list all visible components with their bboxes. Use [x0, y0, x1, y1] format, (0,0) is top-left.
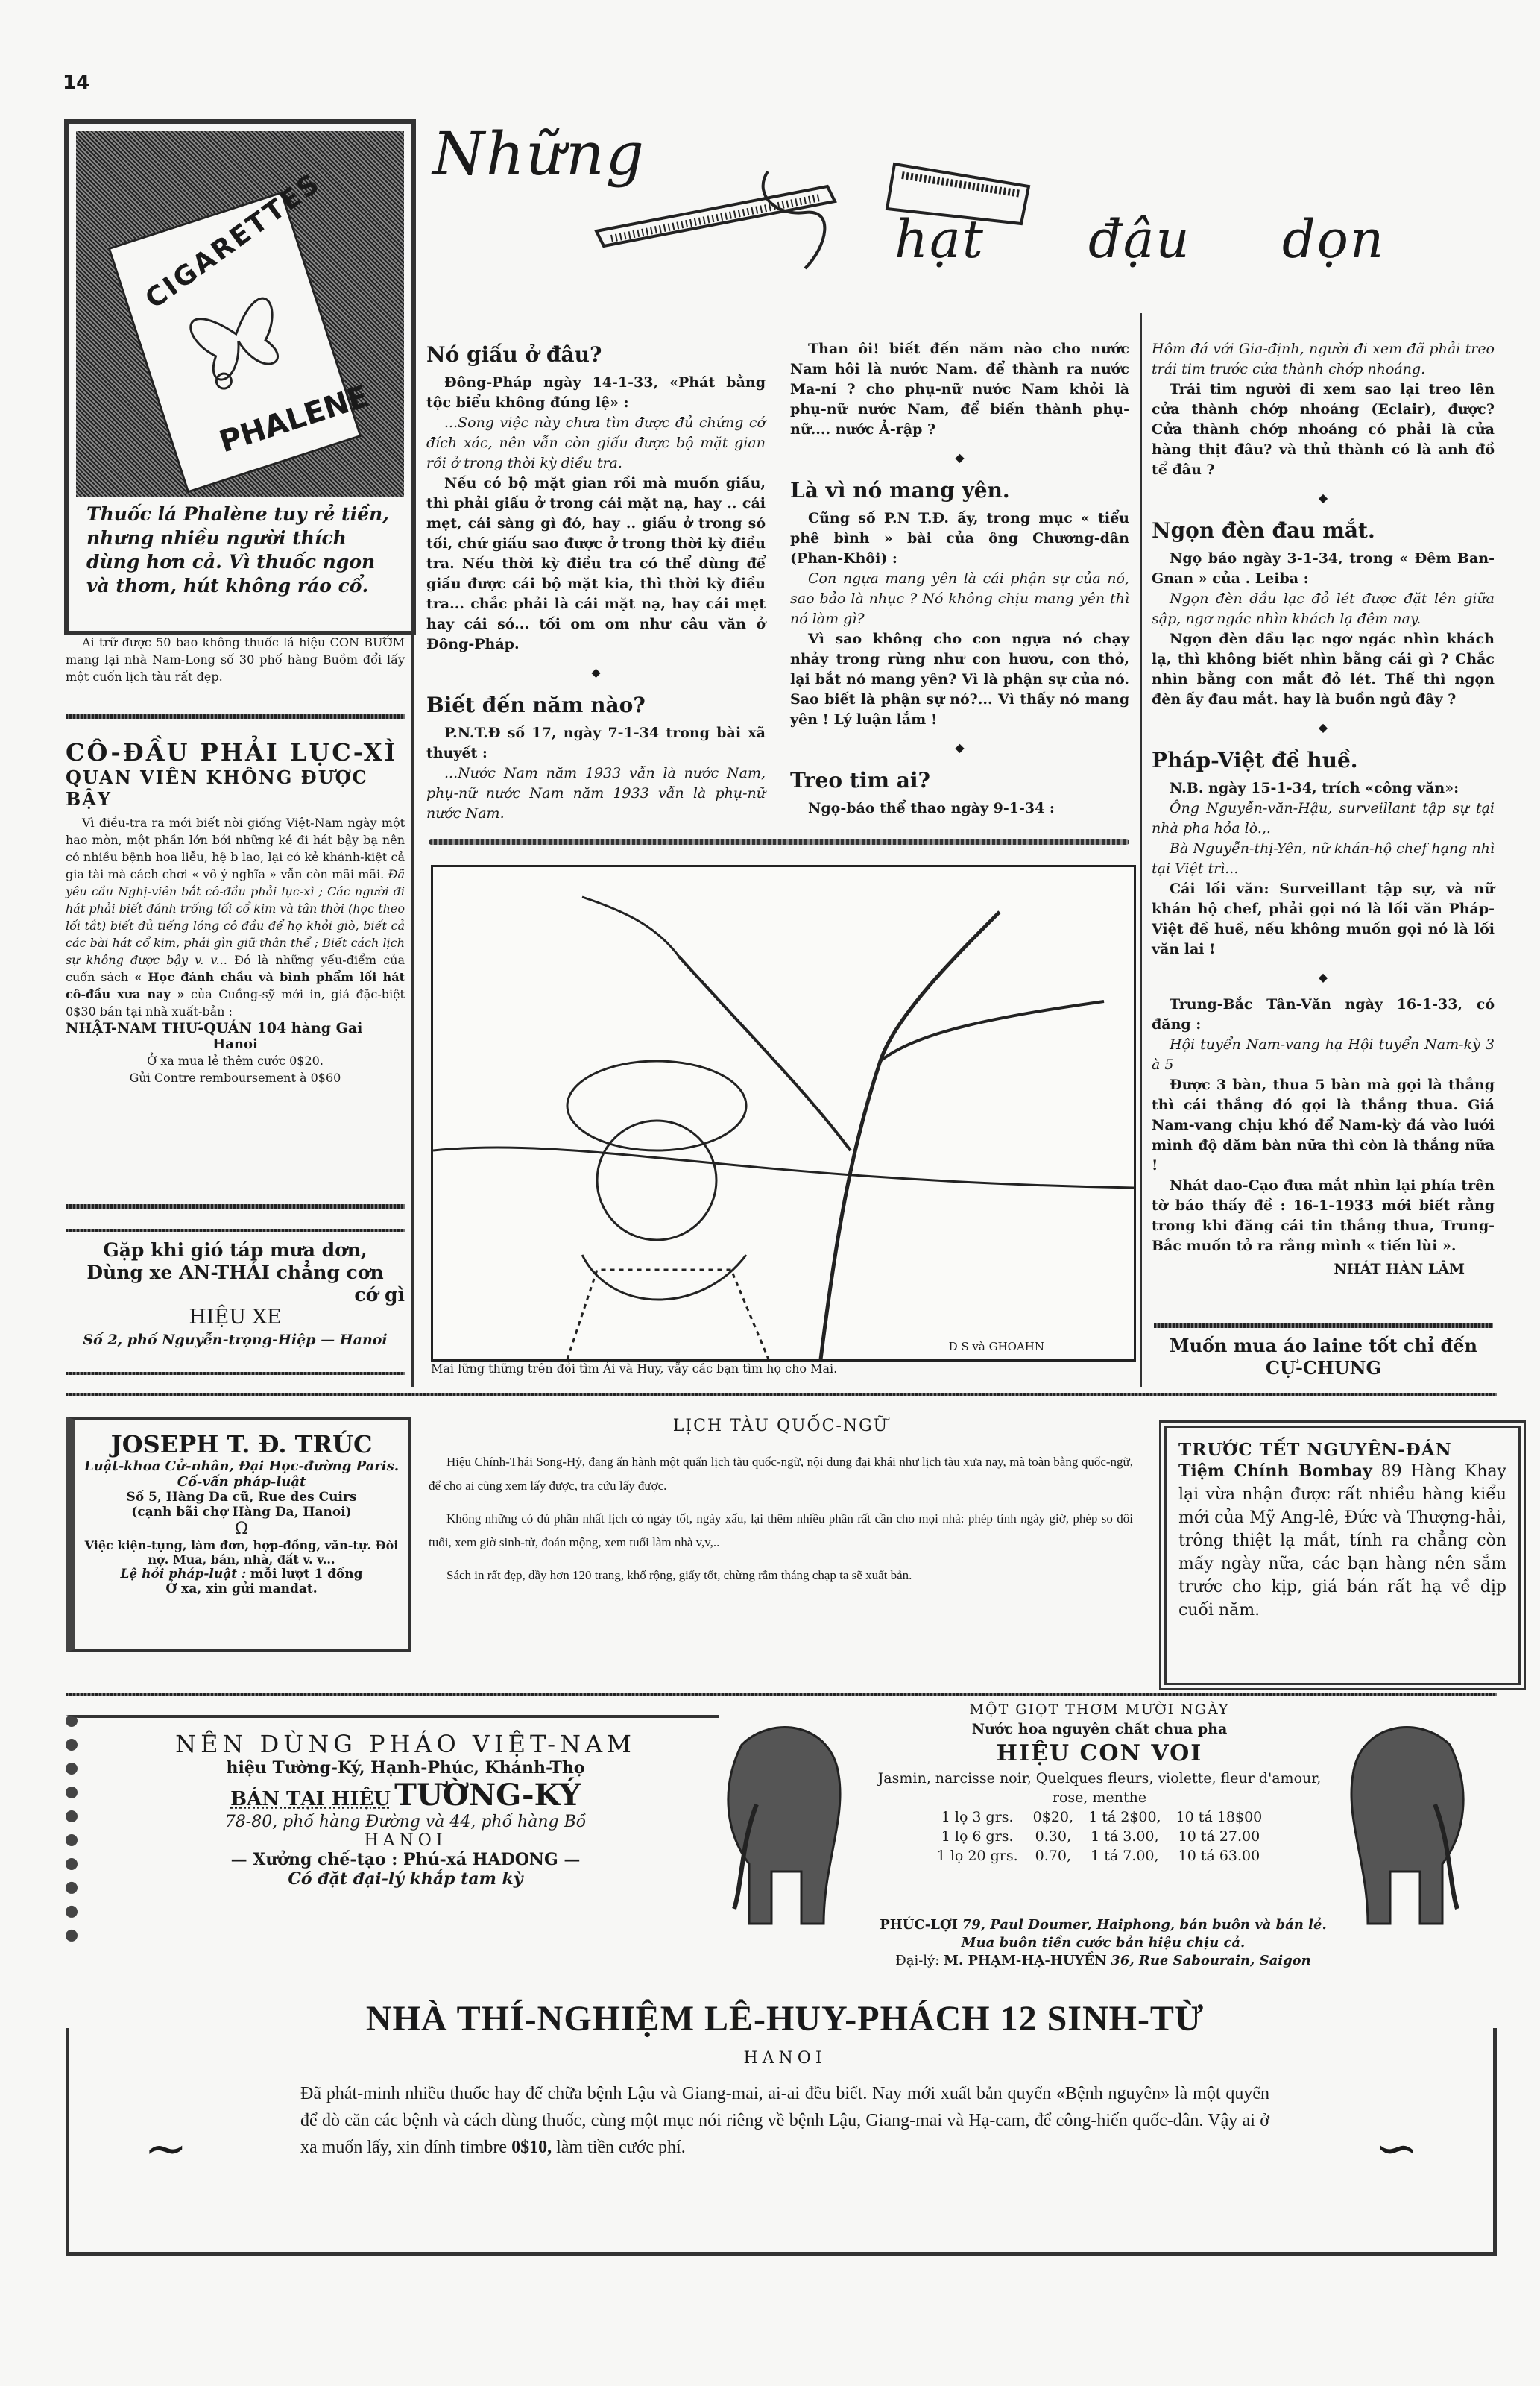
ornament-icon: Ω — [78, 1520, 405, 1538]
price-table: 1 lọ 3 grs. 0$20, 1 tá 2$00, 10 tá 18$00… — [930, 1807, 1270, 1866]
convoi-line1: MỘT GIỌT THƠM MƯỜI NGÀY — [861, 1700, 1338, 1719]
divider — [66, 1204, 405, 1209]
diamond-ornament-icon: ◆ — [1152, 967, 1495, 987]
article-quote: Hôm đá với Gia-định, người đi xem đã phả… — [1152, 339, 1495, 380]
phalene-slogan: Thuốc lá Phalène tuy rẻ tiền, nhưng nhiề… — [76, 497, 410, 604]
cigarette-pack-illustration: CIGARETTES PHALENE — [76, 131, 404, 497]
article-heading: Là vì nó mang yên. — [790, 478, 1129, 503]
divider — [66, 1229, 405, 1232]
swirl-ornament-icon: ~ — [144, 2118, 188, 2179]
header-title-don: dọn — [1282, 209, 1385, 270]
header-title-dau: đậu — [1088, 209, 1191, 270]
elephant-icon — [712, 1715, 861, 1939]
convoi-line2: Nước hoa nguyên chất chưa pha — [861, 1719, 1338, 1739]
article-quote: Ông Nguyễn-văn-Hậu, surveillant tập sự t… — [1152, 799, 1495, 839]
convoi-brand: HIỆU CON VOI — [861, 1739, 1338, 1769]
diamond-ornament-icon: ◆ — [1152, 488, 1495, 508]
article-paragraph: Nếu có bộ mặt gian rồi mà muốn giấu, thì… — [426, 473, 766, 655]
lab-city: HANOI — [338, 2049, 1232, 2068]
codau-title: CÔ-ĐẦU PHẢI LỤC-XÌ — [66, 738, 405, 767]
convoi-scents: Jasmin, narcisse noir, Quelques fleurs, … — [861, 1769, 1338, 1807]
article-quote: ...Nước Nam năm 1933 vẫn là nước Nam, ph… — [426, 764, 766, 824]
anthai-car-ad: Gặp khi gió táp mưa dơn, Dùng xe AN-THÁI… — [66, 1239, 405, 1351]
bombay-shop-name: Tiệm Chính Bombay — [1178, 1461, 1372, 1481]
bombay-title: TRƯỚC TẾT NGUYÊN-ĐÁN — [1178, 1440, 1506, 1460]
header-title-hat: hạt — [894, 209, 985, 270]
divider — [1154, 1323, 1493, 1328]
article-column-4: Hôm đá với Gia-định, người đi xem đã phả… — [1152, 339, 1495, 1279]
le-huy-phach-lab-ad: NHÀ THÍ-NGHIỆM LÊ-HUY-PHÁCH 12 SINH-TỪ H… — [66, 2028, 1497, 2256]
lab-title: NHÀ THÍ-NGHIỆM LÊ-HUY-PHÁCH 12 SINH-TỪ — [338, 1998, 1232, 2039]
lawyer-address2: (cạnh bãi chợ Hàng Da, Hanoi) — [78, 1505, 405, 1520]
phao-factory: — Xưởng chế-tạo : Phú-xá HADONG — — [167, 1850, 644, 1869]
lich-tau-ad: LỊCH TÀU QUỐC-NGỮ Hiệu Chính-Thái Song-H… — [429, 1417, 1133, 1587]
phao-agents: Có đặt đại-lý khắp tam kỳ — [167, 1869, 644, 1889]
codau-subtitle: QUAN VIÊN KHÔNG ĐƯỢC BẬY — [66, 767, 405, 810]
lawyer-remote: Ở xa, xin gửi mandat. — [78, 1581, 405, 1596]
codau-publisher: NHẬT-NAM THƯ-QUÁN 104 hàng Gai — [66, 1020, 405, 1036]
article-paragraph: Trung-Bắc Tân-Văn ngày 16-1-33, có đăng … — [1152, 995, 1495, 1035]
lawyer-services: Việc kiện-tụng, làm đơn, hợp-đồng, văn-t… — [78, 1538, 405, 1567]
cuchung-ad: Muốn mua áo laine tốt chỉ đến CỰ-CHUNG — [1154, 1335, 1493, 1379]
article-paragraph: Than ôi! biết đến năm nào cho nước Nam h… — [790, 339, 1129, 440]
lawyer-name: JOSEPH T. Đ. TRÚC — [78, 1430, 405, 1458]
cuchung-line1: Muốn mua áo laine tốt chỉ đến — [1154, 1335, 1493, 1357]
column-header-illustration: Những hạt đậu dọn — [417, 112, 1506, 321]
article-paragraph: Trái tim người đi xem sao lại treo lên c… — [1152, 380, 1495, 480]
lich-paragraph: Không những có đủ phần nhất lịch có ngày… — [429, 1507, 1133, 1555]
swirl-ornament-icon: ∽ — [1375, 2118, 1418, 2179]
lich-paragraph: Sách in rất đẹp, dầy hơn 120 trang, khổ … — [429, 1564, 1133, 1587]
convoi-agent-label: Đại-lý: — [895, 1953, 939, 1968]
bombay-body: 89 Hàng Khay lại vừa nhận được rất nhiều… — [1178, 1462, 1506, 1619]
article-paragraph: Cái lối văn: Surveillant tập sự, và nữ k… — [1152, 879, 1495, 960]
article-paragraph: Ngọ báo ngày 3-1-34, trong « Đêm Ban-Gna… — [1152, 549, 1495, 589]
article-paragraph: Ngọn đèn dầu lạc ngơ ngác nhìn khách lạ,… — [1152, 629, 1495, 710]
page-number: 14 — [63, 72, 89, 94]
article-heading: Treo tim ai? — [790, 768, 1129, 793]
tuong-ky-firecracker-ad: NÊN DÙNG PHÁO VIỆT-NAM hiệu Tường-Ký, Hạ… — [66, 1715, 719, 1942]
price-row: 1 lọ 20 grs. 0.70, 1 tá 7.00, 10 tá 63.0… — [930, 1846, 1270, 1866]
phao-brand: TƯỜNG-KÝ — [394, 1778, 581, 1813]
convoi-seller-address: 79, Paul Doumer, Haiphong, bán buôn và b… — [962, 1917, 1327, 1933]
phao-address: 78-80, phố hàng Đường và 44, phố hàng Bồ — [167, 1813, 644, 1831]
illustration-caption: Mai lững thững trên đồi tìm Ái và Huy, v… — [431, 1362, 1132, 1376]
article-paragraph: Được 3 bàn, thua 5 bàn mà gọi là thắng t… — [1152, 1075, 1495, 1176]
article-paragraph: Cũng số P.N T.Đ. ấy, trong mục « tiểu ph… — [790, 509, 1129, 569]
article-column-2: Nó giấu ở đâu? Đông-Pháp ngày 14-1-33, «… — [426, 332, 766, 824]
wavy-divider — [429, 839, 1129, 845]
codau-body: Vì điều-tra ra mới biết nòi giống Việt-N… — [66, 816, 405, 881]
anthai-address: Số 2, phố Nguyễn-trọng-Hiệp — Hanoi — [66, 1329, 405, 1351]
article-quote: Hội tuyển Nam-vang hạ Hội tuyển Nam-kỳ 3… — [1152, 1035, 1495, 1075]
diamond-ornament-icon: ◆ — [1152, 717, 1495, 737]
bombay-shop-ad: TRƯỚC TẾT NGUYÊN-ĐÁN Tiệm Chính Bombay 8… — [1159, 1420, 1526, 1690]
anthai-line1: Gặp khi gió táp mưa dơn, — [66, 1239, 405, 1262]
illustration-woman-under-tree: D S và GHOAHN — [431, 865, 1136, 1362]
article-paragraph: Ngọ-báo thể thao ngày 9-1-34 : — [790, 799, 1129, 819]
convoi-seller: PHÚC-LỢI — [880, 1917, 958, 1933]
phalene-cigarette-ad: CIGARETTES PHALENE Thuốc lá Phalène tuy … — [64, 119, 416, 635]
cuchung-line2: CỰ-CHUNG — [1154, 1357, 1493, 1379]
article-paragraph: Nhát dao-Cạo đưa mắt nhìn lại phía trên … — [1152, 1176, 1495, 1256]
article-paragraph: N.B. ngày 15-1-34, trích «công văn»: — [1152, 778, 1495, 799]
diamond-ornament-icon: ◆ — [790, 737, 1129, 758]
article-column-3: Than ôi! biết đến năm nào cho nước Nam h… — [790, 339, 1129, 819]
elephant-icon — [1331, 1715, 1480, 1939]
article-heading: Ngọn đèn đau mắt. — [1152, 518, 1495, 543]
divider — [66, 714, 405, 719]
lab-body-tail: làm tiền cước phí. — [556, 2138, 686, 2157]
con-voi-perfume-ad: MỘT GIỌT THƠM MƯỜI NGÀY Nước hoa nguyên … — [712, 1700, 1495, 1983]
divider — [66, 1372, 405, 1375]
divider — [66, 1693, 1497, 1696]
convoi-agent-address: 36, Rue Sabourain, Saigon — [1111, 1953, 1310, 1968]
joseph-truc-lawyer-ad: JOSEPH T. Đ. TRÚC Luật-khoa Cử-nhân, Đại… — [66, 1417, 411, 1652]
article-paragraph: P.N.T.Đ số 17, ngày 7-1-34 trong bài xã … — [426, 723, 766, 764]
convoi-agent: M. PHẠM-HẠ-HUYỀN — [944, 1953, 1107, 1968]
codau-body-italic: Đã yêu cầu Nghị-viên bắt cô-đầu phải lục… — [66, 867, 405, 967]
codau-city: Hanoi — [66, 1036, 405, 1052]
divider — [66, 1393, 1497, 1396]
convoi-wholesale: Mua buôn tiền cước bản hiệu chịu cả. — [712, 1934, 1495, 1952]
price-row: 1 lọ 3 grs. 0$20, 1 tá 2$00, 10 tá 18$00 — [930, 1807, 1270, 1827]
codau-cod: Gửi Contre remboursement à 0$60 — [66, 1069, 405, 1086]
illustration-signature: D S và GHOAHN — [949, 1340, 1044, 1353]
price-row: 1 lọ 6 grs. 0.30, 1 tá 3.00, 10 tá 27.00 — [930, 1827, 1270, 1846]
anthai-line2: Dùng xe AN-THÁI chẳng cơn — [66, 1262, 405, 1284]
article-heading: Nó giấu ở đâu? — [426, 342, 766, 367]
phao-line2: hiệu Tường-Ký, Hạnh-Phúc, Khánh-Thọ — [167, 1758, 644, 1778]
woman-tree-drawing-icon — [433, 867, 1134, 1359]
lich-title: LỊCH TÀU QUỐC-NGỮ — [429, 1417, 1133, 1435]
phao-line3a: BÁN TẠI HIỆU — [230, 1788, 391, 1810]
phao-city: HANOI — [167, 1831, 644, 1850]
diamond-ornament-icon: ◆ — [426, 662, 766, 682]
lawyer-fee: mỗi lượt 1 đồng — [250, 1567, 363, 1581]
codau-shipping: Ở xa mua lẻ thêm cước 0$20. — [66, 1052, 405, 1069]
lawyer-title: Luật-khoa Cử-nhân, Đại Học-đường Paris. … — [78, 1458, 405, 1490]
codau-book-ad: CÔ-ĐẦU PHẢI LỤC-XÌ QUAN VIÊN KHÔNG ĐƯỢC … — [66, 738, 405, 1086]
lawyer-address1: Số 5, Hàng Da cũ, Rue des Cuirs — [78, 1490, 405, 1505]
article-quote: Bà Nguyễn-thị-Yên, nữ khán-hộ chef hạng … — [1152, 839, 1495, 879]
article-heading: Biết đến năm nào? — [426, 693, 766, 717]
phao-line1: NÊN DÙNG PHÁO VIỆT-NAM — [167, 1730, 644, 1758]
article-heading: Pháp-Việt đề huề. — [1152, 748, 1495, 772]
diamond-ornament-icon: ◆ — [790, 447, 1129, 468]
column-divider — [1140, 313, 1142, 1387]
cigarette-pack-icon: CIGARETTES PHALENE — [108, 191, 362, 493]
article-paragraph: Vì sao không cho con ngựa nó chạy nhảy t… — [790, 629, 1129, 730]
phalene-note: Ai trữ được 50 bao không thuốc lá hiệu C… — [66, 634, 405, 685]
anthai-line3: cớ gì — [66, 1284, 405, 1306]
anthai-shop: HIỆU XE — [66, 1306, 405, 1329]
article-quote: Ngọn đèn dầu lạc đỏ lét được đặt lên giữ… — [1152, 589, 1495, 629]
column-divider — [411, 119, 414, 1387]
article-paragraph: Đông-Pháp ngày 14-1-33, «Phát bằng tộc b… — [426, 373, 766, 413]
lich-paragraph: Hiệu Chính-Thái Song-Hỷ, đang ấn hành mộ… — [429, 1450, 1133, 1498]
article-quote: ...Song việc này chưa tìm được đủ chứng … — [426, 413, 766, 473]
article-signature: NHÁT HÀN LÂM — [1152, 1259, 1465, 1279]
fee-label: Lệ hỏi pháp-luật : — [120, 1567, 246, 1581]
lab-body: Đã phát-minh nhiều thuốc hay để chữa bện… — [300, 2084, 1269, 2157]
article-quote: Con ngựa mang yên là cái phận sự của nó,… — [790, 569, 1129, 629]
lab-price: 0$10, — [511, 2138, 552, 2157]
